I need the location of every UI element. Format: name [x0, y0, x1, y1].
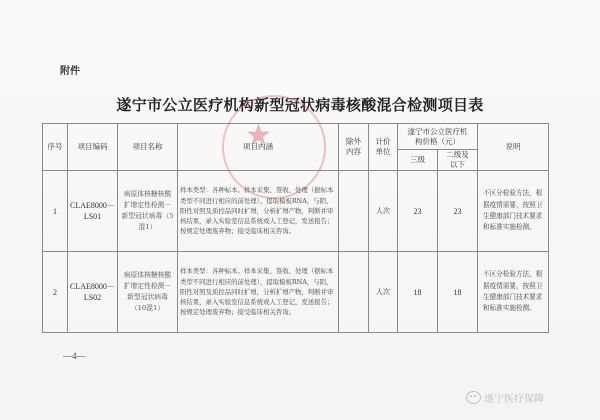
wechat-icon [466, 391, 481, 404]
row-content: 样本类型：各种标本。样本采集、签收、处理（据标本类型不同进行相应的前处理），提取… [178, 252, 339, 333]
row-unit: 人次 [369, 252, 398, 333]
row-price-tier3: 23 [398, 171, 438, 252]
header-seq: 序号 [43, 124, 68, 171]
row-seq: 2 [43, 252, 68, 333]
row-price-tier2: 23 [438, 171, 478, 252]
header-tier2: 二级及以下 [438, 150, 478, 171]
row-price-tier2: 18 [438, 252, 478, 333]
header-tier3: 三级 [398, 150, 438, 171]
row-name: 病原体核糖核酸扩增定性检测－新型冠状病毒（10混1） [118, 252, 178, 333]
watermark: 遂宁医疗保障 [466, 390, 544, 405]
header-excluded: 除外内容 [339, 124, 369, 171]
page-number: —4— [63, 351, 86, 361]
header-content: 项目内涵 [178, 124, 339, 171]
row-unit: 人次 [369, 171, 398, 252]
document-title: 遂宁市公立医疗机构新型冠状病毒核酸混合检测项目表 [0, 94, 600, 115]
row-name: 病原体核糖核酸扩增定性检测－新型冠状病毒（5混1） [118, 171, 178, 252]
testing-items-table: 序号 项目编码 项目名称 项目内涵 除外内容 计价单位 遂宁市公立医疗机构价格（… [42, 123, 549, 333]
watermark-text: 遂宁医疗保障 [484, 390, 544, 405]
header-notes: 说明 [478, 124, 549, 171]
row-excluded [339, 252, 369, 333]
row-excluded [339, 171, 369, 252]
table-row: 2 CLAE8000－LS02 病原体核糖核酸扩增定性检测－新型冠状病毒（10混… [43, 252, 549, 333]
header-price-group: 遂宁市公立医疗机构价格（元） [398, 124, 478, 150]
row-content: 样本类型：各种标本。样本采集、签收、处理（据标本类型不同进行相应的前处理），提取… [178, 171, 339, 252]
attachment-label: 附件 [60, 62, 80, 77]
row-notes: 不区分检验方法，根据疫情需要，按照卫生健康部门技术要求和标准实施检测。 [478, 171, 549, 252]
row-code: CLAE8000－LS02 [68, 252, 118, 333]
row-code: CLAE8000－LS01 [68, 171, 118, 252]
header-unit: 计价单位 [369, 124, 398, 171]
row-seq: 1 [43, 171, 68, 252]
header-code: 项目编码 [68, 124, 118, 171]
row-notes: 不区分检验方法，根据疫情需要，按照卫生健康部门技术要求和标准实施检测。 [478, 252, 549, 333]
document-page: 附件 遂宁市公立医疗机构新型冠状病毒核酸混合检测项目表 ★ 序号 项目编码 项目… [0, 0, 600, 420]
row-price-tier3: 18 [398, 252, 438, 333]
header-name: 项目名称 [118, 124, 178, 171]
table-row: 1 CLAE8000－LS01 病原体核糖核酸扩增定性检测－新型冠状病毒（5混1… [43, 171, 549, 252]
